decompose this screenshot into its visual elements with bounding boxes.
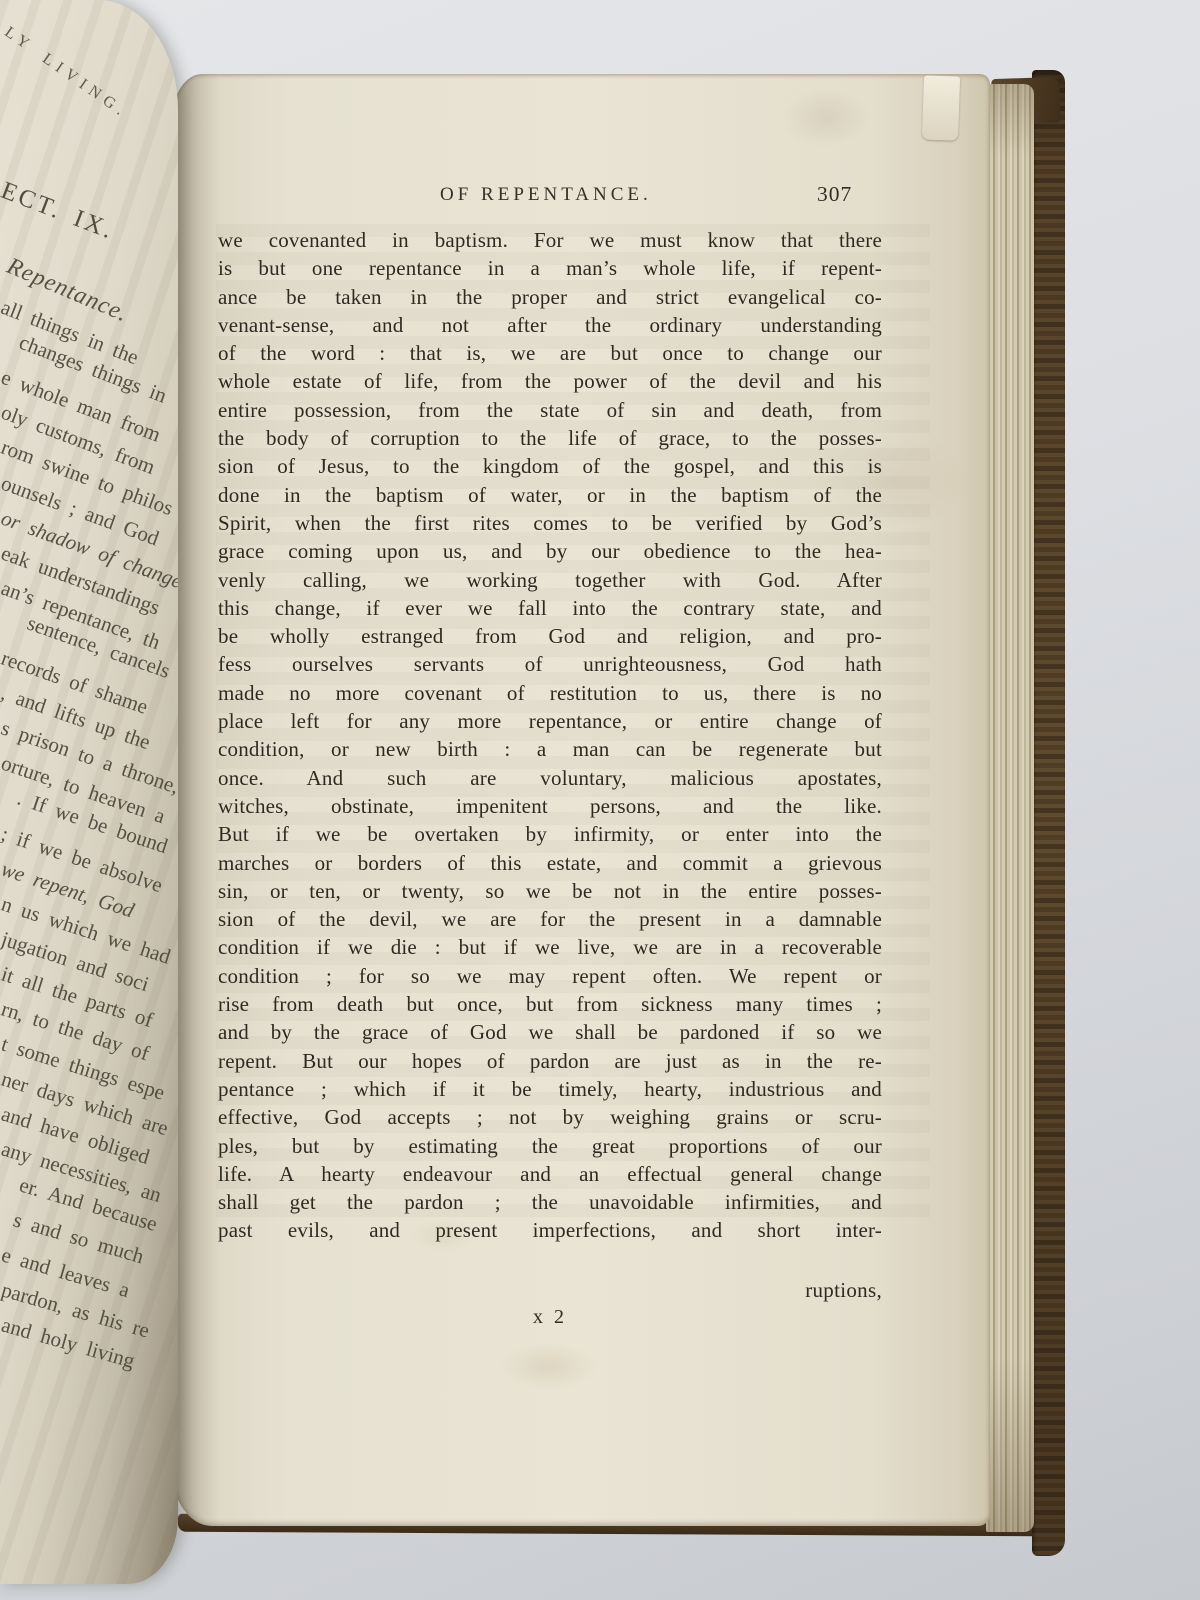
text-line: grace coming upon us, and by our obedien… [218,537,882,565]
text-line: fess ourselves servants of unrighteousne… [218,650,882,678]
text-line: and by the grace of God we shall be pard… [218,1018,882,1046]
text-line: entire possession, from the state of sin… [218,396,882,424]
text-line: place left for any more repentance, or e… [218,707,882,735]
text-line: repent. But our hopes of pardon are just… [218,1047,882,1075]
text-line: condition if we die : but if we live, we… [218,933,882,961]
right-page: OF REPENTANCE. 307 we covenanted in bapt… [172,74,990,1526]
page-block-fore-edge [986,84,1034,1532]
text-line: sin, or ten, or twenty, so we be not in … [218,877,882,905]
page-number: 307 [817,182,852,207]
text-line: rise from death but once, but from sickn… [218,990,882,1018]
text-line: ples, but by estimating the great propor… [218,1132,882,1160]
text-line: be wholly estranged from God and religio… [218,622,882,650]
text-line: once. And such are voluntary, malicious … [218,764,882,792]
gutter-shadow [172,74,220,1526]
text-line: condition, or new birth : a man can be r… [218,735,882,763]
text-line: sion of the devil, we are for the presen… [218,905,882,933]
body-text: we covenanted in baptism. For we must kn… [218,226,882,1245]
leather-binding-edge [1032,70,1065,1556]
text-line: venant-sense, and not after the ordinary… [218,311,882,339]
text-line: the body of corruption to the life of gr… [218,424,882,452]
text-line: done in the baptism of water, or in the … [218,481,882,509]
text-line: marches or borders of this estate, and c… [218,849,882,877]
page-corner-tab [922,75,960,140]
text-line: Spirit, when the first rites comes to be… [218,509,882,537]
text-line: made no more covenant of restitution to … [218,679,882,707]
signature-mark: x 2 [218,1306,882,1329]
text-line: shall get the pardon ; the unavoidable i… [218,1188,882,1216]
text-line: of the word : that is, we are but once t… [218,339,882,367]
catchword: ruptions, [805,1278,882,1303]
text-line: venly calling, we working together with … [218,566,882,594]
left-page-curled: LY LIVING. ECT. IX. Repentance. all thin… [0,0,178,1584]
text-line: this change, if ever we fall into the co… [218,594,882,622]
text-line: ance be taken in the proper and strict e… [218,283,882,311]
text-line: is but one repentance in a man’s whole l… [218,254,882,282]
text-line: witches, obstinate, impenitent persons, … [218,792,882,820]
text-line: condition ; for so we may repent often. … [218,962,882,990]
text-line: we covenanted in baptism. For we must kn… [218,226,882,254]
text-line: pentance ; which if it be timely, hearty… [218,1075,882,1103]
text-line: effective, God accepts ; not by weighing… [218,1103,882,1131]
text-line: whole estate of life, from the power of … [218,367,882,395]
text-line: But if we be overtaken by infirmity, or … [218,820,882,848]
text-line: past evils, and present imperfections, a… [218,1216,882,1244]
running-title: OF REPENTANCE. [440,184,652,206]
text-line: sion of Jesus, to the kingdom of the gos… [218,452,882,480]
open-book-photo: OF REPENTANCE. 307 we covenanted in bapt… [0,0,1200,1600]
text-line: life. A hearty endeavour and an effectua… [218,1160,882,1188]
